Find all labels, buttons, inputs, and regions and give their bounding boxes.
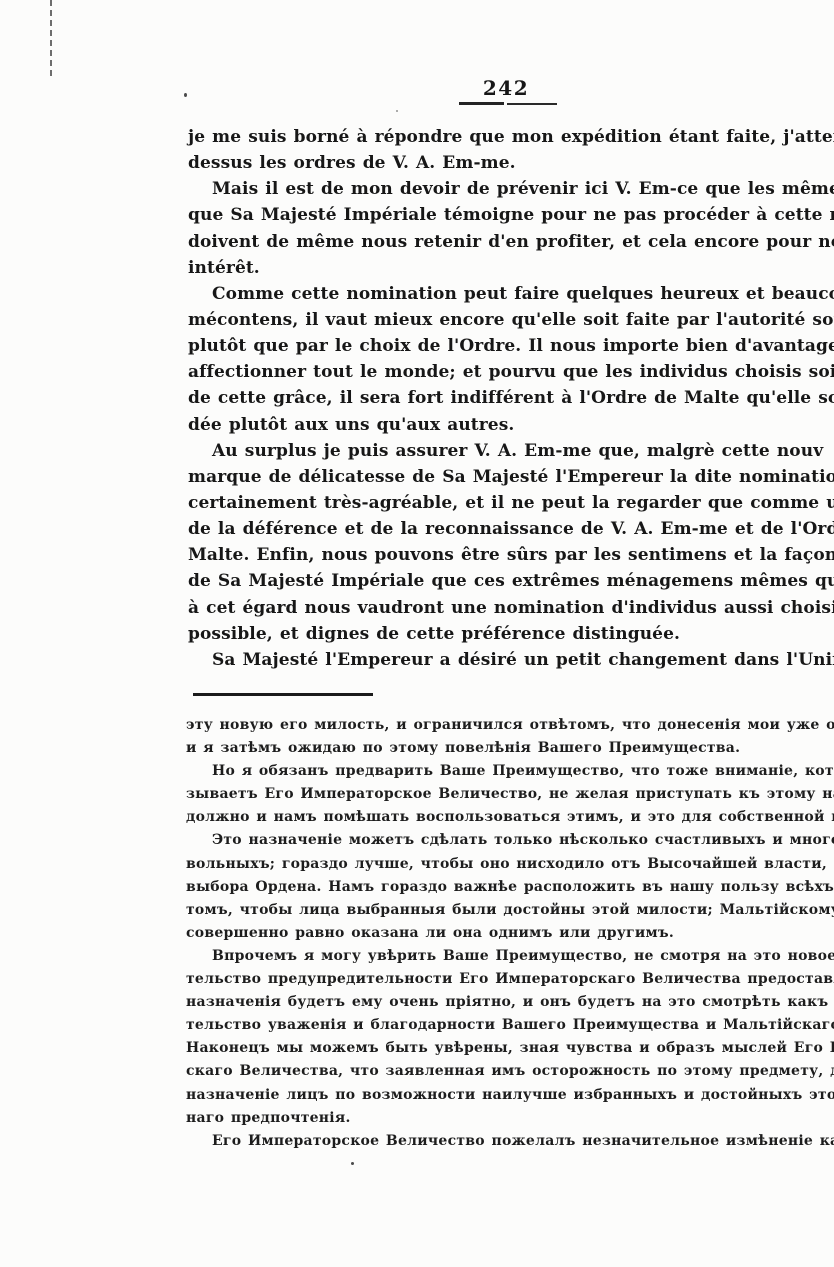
text-line: dée plutôt aux uns qu'aux autres. xyxy=(188,412,834,438)
text-line: doivent de même nous retenir d'en profit… xyxy=(188,229,834,255)
page-number-rule-left xyxy=(459,102,504,105)
text-line: эту новую его милость, и ограничился отв… xyxy=(186,714,834,737)
text-line: Malte. Enfin, nous pouvons être sûrs par… xyxy=(188,542,834,568)
main-text-block: je me suis borné à répondre que mon expé… xyxy=(188,124,834,673)
text-line: mécontens, il vaut mieux encore qu'elle … xyxy=(188,307,834,333)
footnote-text-block: эту новую его милость, и ограничился отв… xyxy=(186,714,834,1153)
text-line: скаго Величества, что заявленная имъ ост… xyxy=(186,1060,834,1083)
text-line: выбора Ордена. Намъ гораздо важнѣе распо… xyxy=(186,876,834,899)
page-number-rule-right xyxy=(507,103,557,105)
text-line: Au surplus je puis assurer V. A. Em-me q… xyxy=(188,438,834,464)
text-line: possible, et dignes de cette préférence … xyxy=(188,621,834,647)
text-line: зываетъ Его Императорское Величество, не… xyxy=(186,783,834,806)
text-line: dessus les ordres de V. A. Em-me. xyxy=(188,150,834,176)
text-line: должно и намъ помѣшать воспользоваться э… xyxy=(186,806,834,829)
scan-artifact-speck xyxy=(396,110,398,112)
text-line: intérêt. xyxy=(188,255,834,281)
text-line: назначенія будетъ ему очень пріятно, и о… xyxy=(186,991,834,1014)
text-line: назначеніе лицъ по возможности наилучше … xyxy=(186,1084,834,1107)
text-line: Впрочемъ я могу увѣрить Ваше Преимуществ… xyxy=(186,945,834,968)
text-line: тельство предупредительности Его Императ… xyxy=(186,968,834,991)
text-line: совершенно равно оказана ли она однимъ и… xyxy=(186,922,834,945)
page-number: 242 xyxy=(446,76,566,100)
text-line: Comme cette nomination peut faire quelqu… xyxy=(188,281,834,307)
text-line: certainement très-agréable, et il ne peu… xyxy=(188,490,834,516)
scan-artifact-left-edge xyxy=(50,0,52,76)
text-line: de Sa Majesté Impériale que ces extrêmes… xyxy=(188,568,834,594)
text-line: Наконецъ мы можемъ быть увѣрены, зная чу… xyxy=(186,1037,834,1060)
text-line: томъ, чтобы лица выбранныя были достойны… xyxy=(186,899,834,922)
text-line: Mais il est de mon devoir de prévenir ic… xyxy=(188,176,834,202)
scan-artifact-speck xyxy=(351,1162,354,1165)
text-line: и я затѣмъ ожидаю по этому повелѣнія Ваш… xyxy=(186,737,834,760)
text-line: à cet égard nous vaudront une nomination… xyxy=(188,595,834,621)
text-line: вольныхъ; гораздо лучше, чтобы оно нисхо… xyxy=(186,853,834,876)
text-line: Это назначеніе можетъ сдѣлать только нѣс… xyxy=(186,829,834,852)
text-line: affectionner tout le monde; et pourvu qu… xyxy=(188,359,834,385)
text-line: je me suis borné à répondre que mon expé… xyxy=(188,124,834,150)
text-line: de cette grâce, il sera fort indifférent… xyxy=(188,385,834,411)
text-line: наго предпочтенія. xyxy=(186,1107,834,1130)
footnote-separator-rule xyxy=(193,693,373,696)
text-line: Но я обязанъ предварить Ваше Преимуществ… xyxy=(186,760,834,783)
text-line: plutôt que par le choix de l'Ordre. Il n… xyxy=(188,333,834,359)
text-line: marque de délicatesse de Sa Majesté l'Em… xyxy=(188,464,834,490)
scanned-book-page: 242 je me suis borné à répondre que mon … xyxy=(0,0,834,1267)
text-line: тельство уваженія и благодарности Вашего… xyxy=(186,1014,834,1037)
scan-artifact-speck xyxy=(184,93,187,97)
text-line: Его Императорское Величество пожелалъ не… xyxy=(186,1130,834,1153)
text-line: Sa Majesté l'Empereur a désiré un petit … xyxy=(188,647,834,673)
text-line: que Sa Majesté Impériale témoigne pour n… xyxy=(188,202,834,228)
text-line: de la déférence et de la reconnaissance … xyxy=(188,516,834,542)
